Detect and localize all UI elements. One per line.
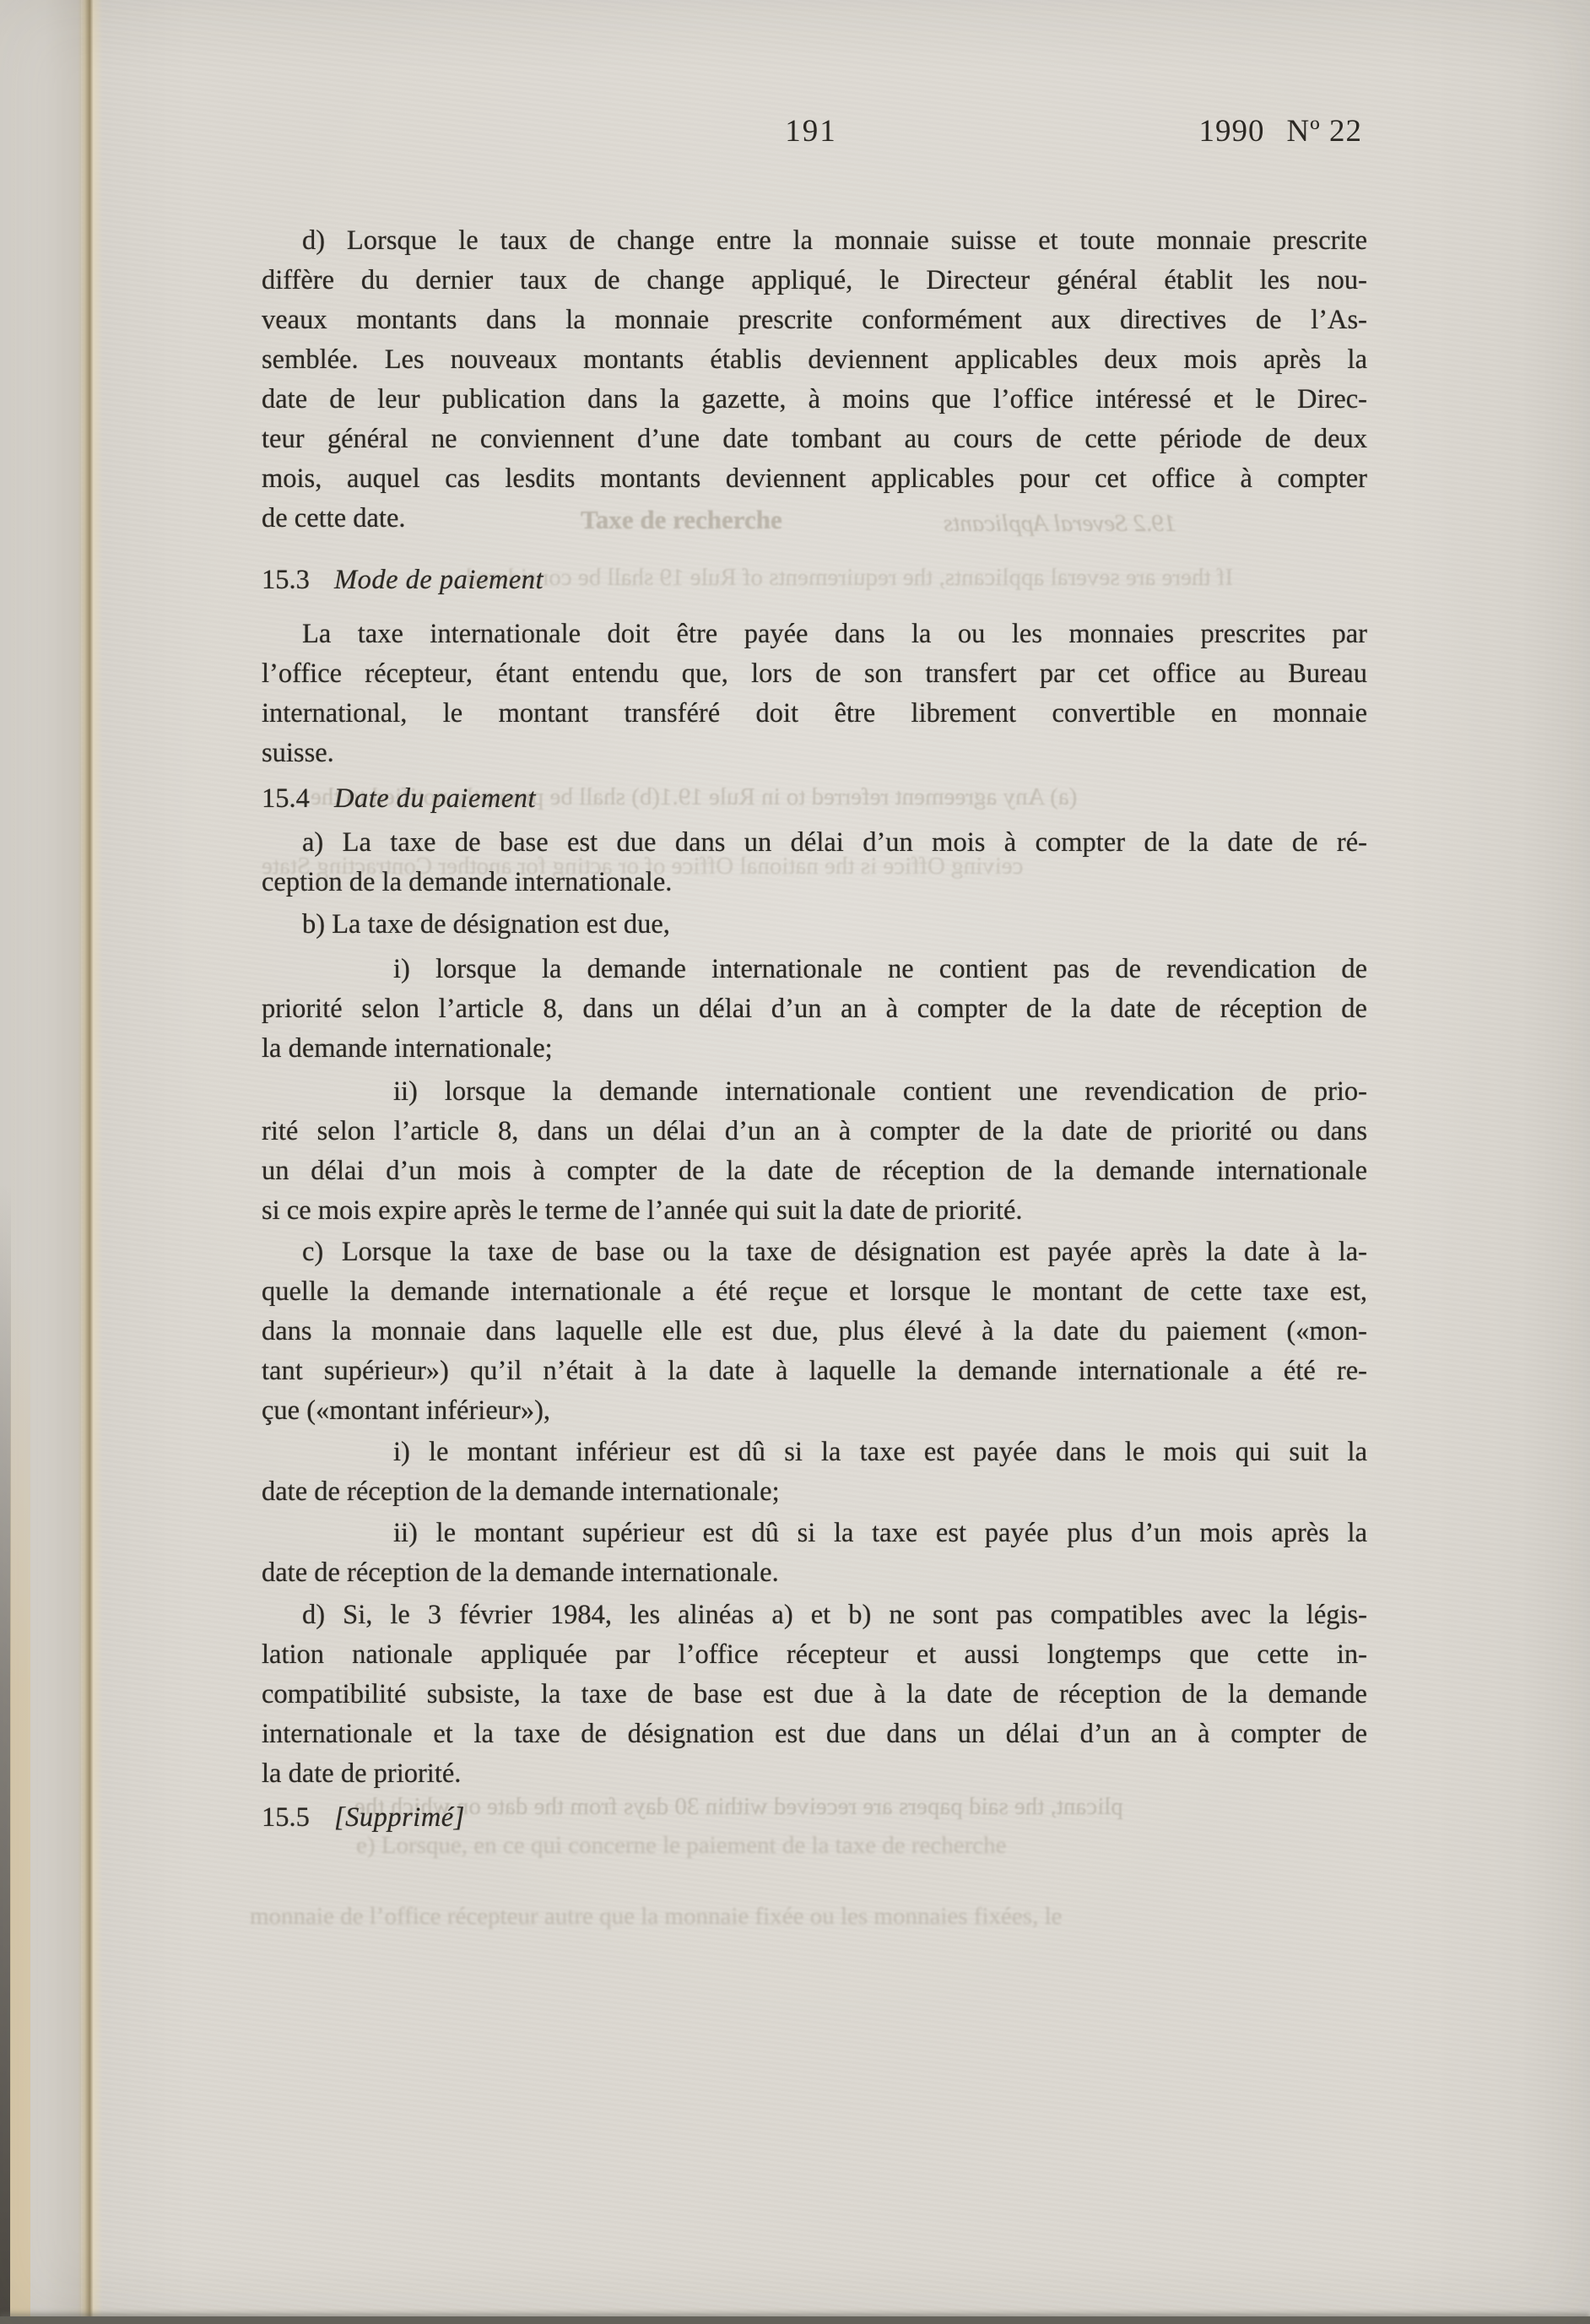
scanned-book-page: Taxe de recherche 19.2 Several Applicant… xyxy=(0,0,1590,2324)
item-ii-montant-superieur: ii) le montant supérieur est dû si la ta… xyxy=(262,1514,1367,1593)
text-line: la date de priorité. xyxy=(262,1754,1367,1794)
text-column: d) Lorsque le taux de change entre la mo… xyxy=(262,221,1367,1838)
text-line: suisse. xyxy=(262,734,1367,773)
text-line: b) La taxe de désignation est due, xyxy=(262,905,1367,945)
text-line: internationale et la taxe de désignation… xyxy=(262,1715,1367,1754)
item-i-sans-revendication: i) lorsque la demande internationale ne … xyxy=(262,950,1367,1069)
section-heading-15-3: 15.3Mode de paiement xyxy=(262,561,1367,600)
paragraph-b-taxe-designation: b) La taxe de désignation est due, xyxy=(262,905,1367,945)
text-line: l’office récepteur, étant entendu que, l… xyxy=(262,654,1367,694)
text-line: lation nationale appliquée par l’office … xyxy=(262,1635,1367,1675)
text-line: tant supérieur») qu’il n’était à la date… xyxy=(262,1352,1367,1391)
section-title: [Supprimé] xyxy=(334,1802,465,1833)
scan-edge-shadow-bottom xyxy=(0,2316,1590,2324)
issue-number: Nº 22 xyxy=(1287,114,1362,149)
bleedthrough-text: monnaie de l’office récepteur autre que … xyxy=(250,1899,1063,1933)
paragraph-d-incompatibilite: d) Si, le 3 février 1984, les alinéas a)… xyxy=(262,1595,1367,1794)
text-line: un délai d’un mois à compter de la date … xyxy=(262,1151,1367,1191)
book-gutter-fold xyxy=(78,0,103,2324)
text-line: de cette date. xyxy=(262,499,1367,539)
text-line: i) le montant inférieur est dû si la tax… xyxy=(262,1433,1367,1472)
text-line: priorité selon l’article 8, dans un déla… xyxy=(262,989,1367,1029)
text-line: date de réception de la demande internat… xyxy=(262,1553,1367,1593)
text-line: çue («montant inférieur»), xyxy=(262,1391,1367,1431)
paragraph-exchange-rate: d) Lorsque le taux de change entre la mo… xyxy=(262,221,1367,539)
text-line: compatibilité subsiste, la taxe de base … xyxy=(262,1675,1367,1715)
page-number: 191 xyxy=(756,113,866,149)
text-line: ception de la demande internationale. xyxy=(262,863,1367,902)
text-line: d) Si, le 3 février 1984, les alinéas a)… xyxy=(262,1595,1367,1635)
text-line: date de leur publication dans la gazette… xyxy=(262,380,1367,420)
text-line: c) Lorsque la taxe de base ou la taxe de… xyxy=(262,1232,1367,1272)
section-number: 15.4 xyxy=(262,779,334,819)
text-line: si ce mois expire après le terme de l’an… xyxy=(262,1191,1367,1231)
text-line: d) Lorsque le taux de change entre la mo… xyxy=(262,221,1367,261)
section-heading-15-4: 15.4Date du paiement xyxy=(262,779,1367,819)
text-line: la demande internationale; xyxy=(262,1029,1367,1069)
section-number: 15.5 xyxy=(262,1798,334,1838)
paragraph-c-paiement-tardif: c) Lorsque la taxe de base ou la taxe de… xyxy=(262,1232,1367,1431)
issue-reference: 1990Nº 22 xyxy=(1199,113,1362,149)
text-line: ii) le montant supérieur est dû si la ta… xyxy=(262,1514,1367,1553)
paragraph-mode-de-paiement: La taxe internationale doit être payée d… xyxy=(262,615,1367,773)
text-line: diffère du dernier taux de change appliq… xyxy=(262,261,1367,301)
section-title: Mode de paiement xyxy=(334,565,544,595)
section-number: 15.3 xyxy=(262,561,334,600)
item-ii-avec-revendication: ii) lorsque la demande internationale co… xyxy=(262,1072,1367,1231)
text-line: a) La taxe de base est due dans un délai… xyxy=(262,823,1367,863)
issue-year: 1990 xyxy=(1199,114,1265,149)
text-line: ii) lorsque la demande internationale co… xyxy=(262,1072,1367,1112)
item-i-montant-inferieur: i) le montant inférieur est dû si la tax… xyxy=(262,1433,1367,1512)
text-line: semblée. Les nouveaux montants établis d… xyxy=(262,340,1367,380)
text-line: La taxe internationale doit être payée d… xyxy=(262,615,1367,654)
text-line: veaux montants dans la monnaie prescrite… xyxy=(262,301,1367,340)
text-line: teur général ne conviennent d’une date t… xyxy=(262,420,1367,459)
text-line: quelle la demande internationale a été r… xyxy=(262,1272,1367,1312)
text-line: international, le montant transféré doit… xyxy=(262,694,1367,734)
page-header: 191 1990Nº 22 xyxy=(262,113,1367,152)
section-title: Date du paiement xyxy=(334,783,536,814)
text-line: date de réception de la demande internat… xyxy=(262,1472,1367,1512)
text-line: rité selon l’article 8, dans un délai d’… xyxy=(262,1112,1367,1151)
text-line: i) lorsque la demande internationale ne … xyxy=(262,950,1367,989)
text-line: mois, auquel cas lesdits montants devien… xyxy=(262,459,1367,499)
section-heading-15-5: 15.5[Supprimé] xyxy=(262,1798,1367,1838)
page-edge-strip xyxy=(10,1269,30,2324)
paragraph-a-taxe-de-base: a) La taxe de base est due dans un délai… xyxy=(262,823,1367,902)
text-line: dans la monnaie dans laquelle elle est d… xyxy=(262,1312,1367,1352)
